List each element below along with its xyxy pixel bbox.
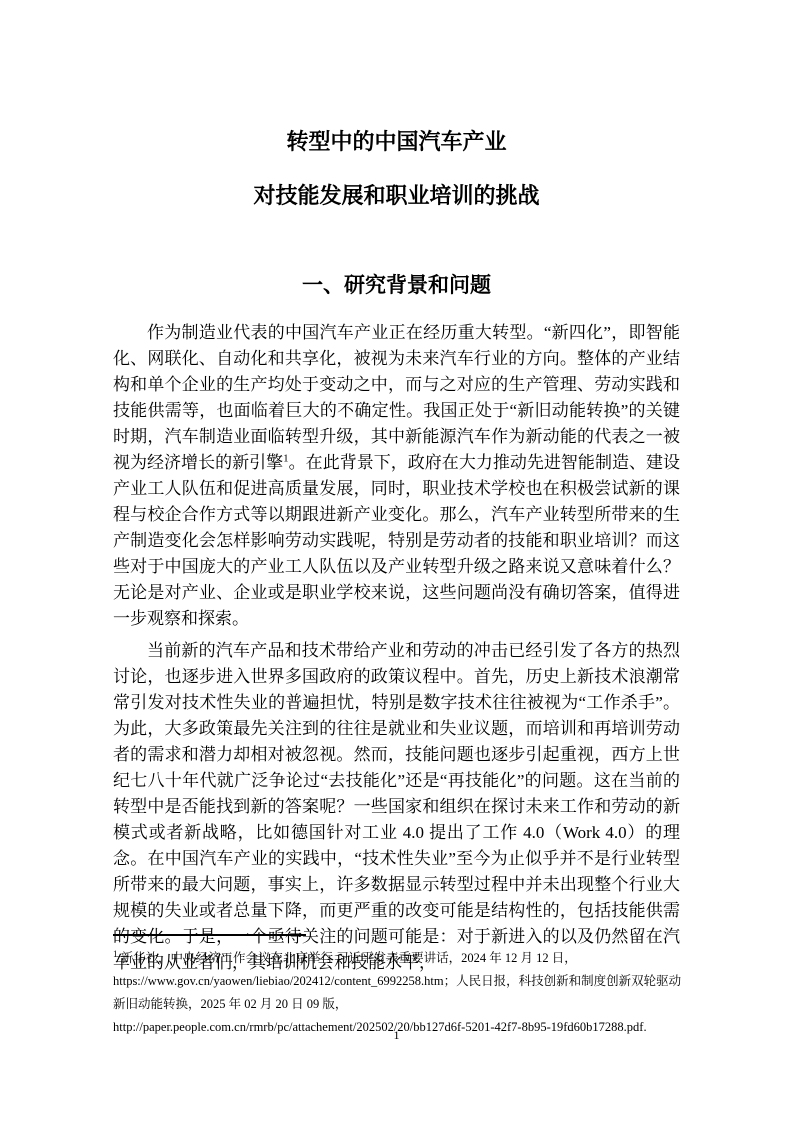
paragraph-1: 作为制造业代表的中国汽车产业正在经历重大转型。“新四化”，即智能化、网联化、自动… <box>113 320 680 632</box>
footnote-marker: 1 <box>113 949 118 959</box>
document-title-line1: 转型中的中国汽车产业 <box>113 0 680 155</box>
footnote-line-1-text: 新华社，中央经济工作会议在北京举行 习近平发表重要讲话，2024 年 12 月 … <box>121 951 577 965</box>
footnote-line-3: 新旧动能转换，2025 年 02 月 20 日 09 版， <box>113 993 680 1016</box>
footnote-block: 1新华社，中央经济工作会议在北京举行 习近平发表重要讲话，2024 年 12 月… <box>113 934 680 1039</box>
footnote-divider <box>113 934 306 936</box>
paragraph-2: 当前新的汽车产品和技术带给产业和劳动的冲击已经引发了各方的热烈讨论，也逐步进入世… <box>113 638 680 976</box>
section-heading: 一、研究背景和问题 <box>113 271 680 299</box>
footnote-line-2: https://www.gov.cn/yaowen/liebiao/202412… <box>113 970 680 993</box>
document-page: 转型中的中国汽车产业 对技能发展和职业培训的挑战 一、研究背景和问题 作为制造业… <box>0 0 793 1122</box>
document-title-line2: 对技能发展和职业培训的挑战 <box>113 183 680 209</box>
page-number: 1 <box>0 1028 793 1043</box>
paragraph-1-text-before-note: 作为制造业代表的中国汽车产业正在经历重大转型。“新四化”，即智能化、网联化、自动… <box>113 323 680 472</box>
paragraph-1-text-after-note: 。在此背景下，政府在大力推动先进智能制造、建设产业工人队伍和促进高质量发展，同时… <box>113 453 680 628</box>
footnote-line-1: 1新华社，中央经济工作会议在北京举行 习近平发表重要讲话，2024 年 12 月… <box>113 943 680 970</box>
document-content: 转型中的中国汽车产业 对技能发展和职业培训的挑战 一、研究背景和问题 作为制造业… <box>113 0 680 976</box>
